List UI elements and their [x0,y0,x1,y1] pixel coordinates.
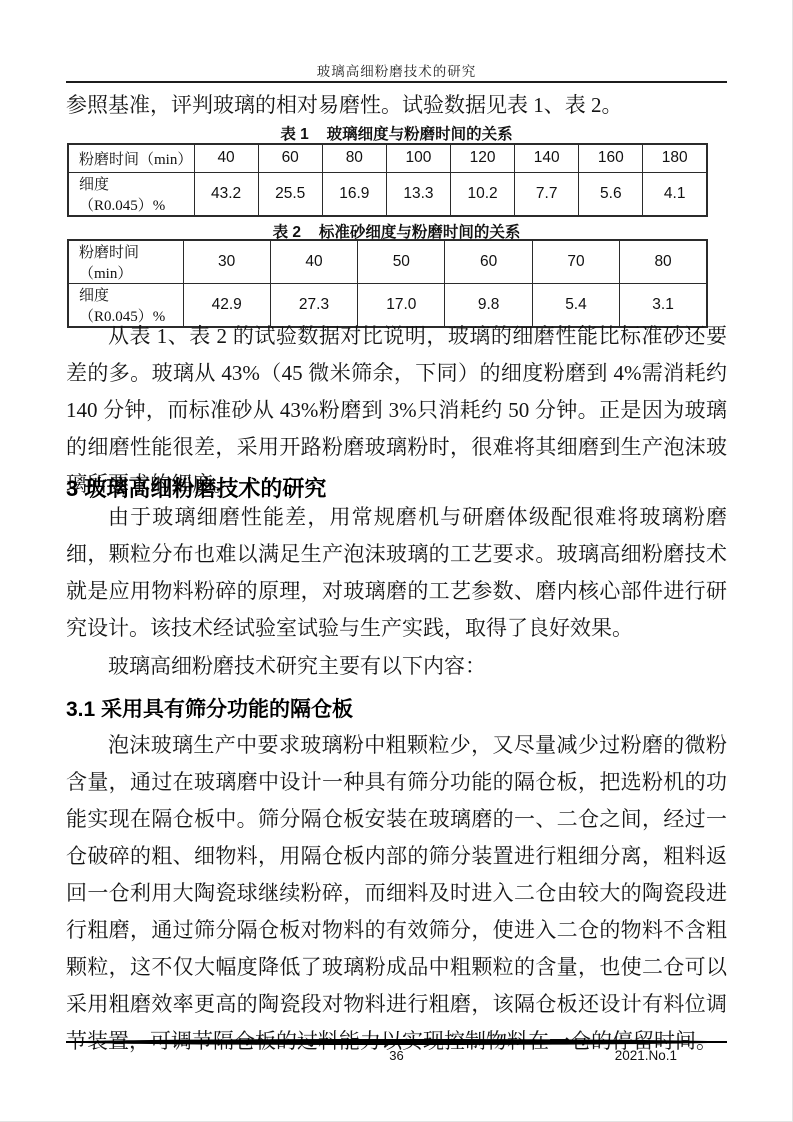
value-cell: 70 [532,240,619,284]
footer-rule [66,1039,727,1045]
value-cell: 60 [258,144,322,172]
table-2: 粉磨时间（min）304050607080细度（R0.045）%42.927.3… [67,239,708,328]
value-cell: 120 [451,144,515,172]
value-cell: 100 [386,144,450,172]
paragraph-section-3: 由于玻璃细磨性能差，用常规磨机与研磨体级配很难将玻璃粉磨细，颗粒分布也难以满足生… [66,499,727,647]
value-cell: 40 [194,144,258,172]
value-cell: 60 [445,240,532,284]
value-cell: 10.2 [451,172,515,216]
value-cell: 80 [620,240,707,284]
table-1-caption: 表 1玻璃细度与粉磨时间的关系 [66,122,727,144]
footer-rule-lens-line [66,1039,727,1045]
value-cell: 4.1 [643,172,707,216]
table-1-label: 表 1 [280,126,308,143]
value-cell: 40 [270,240,357,284]
value-cell: 160 [579,144,643,172]
row-header-cell: 粉磨时间（min） [68,144,194,172]
paper-page: 玻璃高细粉磨技术的研究 参照基准，评判玻璃的相对易磨性。试验数据见表 1、表 2… [0,0,793,1122]
paragraph-section-3-1: 泡沫玻璃生产中要求玻璃粉中粗颗粒少，又尽量减少过粉磨的微粉含量，通过在玻璃磨中设… [66,727,727,1060]
table-1-title: 玻璃细度与粉磨时间的关系 [327,126,513,143]
value-cell: 7.7 [515,172,579,216]
value-cell: 16.9 [322,172,386,216]
value-cell: 180 [643,144,707,172]
paragraph-intro: 参照基准，评判玻璃的相对易磨性。试验数据见表 1、表 2。 [66,90,727,120]
row-header-cell: 粉磨时间（min） [68,240,183,284]
table-1: 粉磨时间（min）406080100120140160180细度（R0.045）… [67,143,708,217]
value-cell: 13.3 [386,172,450,216]
value-cell: 5.6 [579,172,643,216]
value-cell: 80 [322,144,386,172]
table-row: 细度（R0.045）%43.225.516.913.310.27.75.64.1 [68,172,707,216]
header-rule [66,81,727,83]
value-cell: 50 [358,240,445,284]
value-cell: 25.5 [258,172,322,216]
running-head-title: 玻璃高细粉磨技术的研究 [66,60,727,80]
table-row: 粉磨时间（min）406080100120140160180 [68,144,707,172]
row-header-cell: 细度（R0.045）% [68,172,194,216]
value-cell: 140 [515,144,579,172]
section-3-1-heading: 3.1 采用具有筛分功能的隔仓板 [66,693,727,723]
paragraph-list-intro: 玻璃高细粉磨技术研究主要有以下内容： [66,651,727,681]
value-cell: 43.2 [194,172,258,216]
table-row: 粉磨时间（min）304050607080 [68,240,707,284]
value-cell: 30 [183,240,270,284]
issue-number: 2021.No.1 [66,1048,677,1063]
